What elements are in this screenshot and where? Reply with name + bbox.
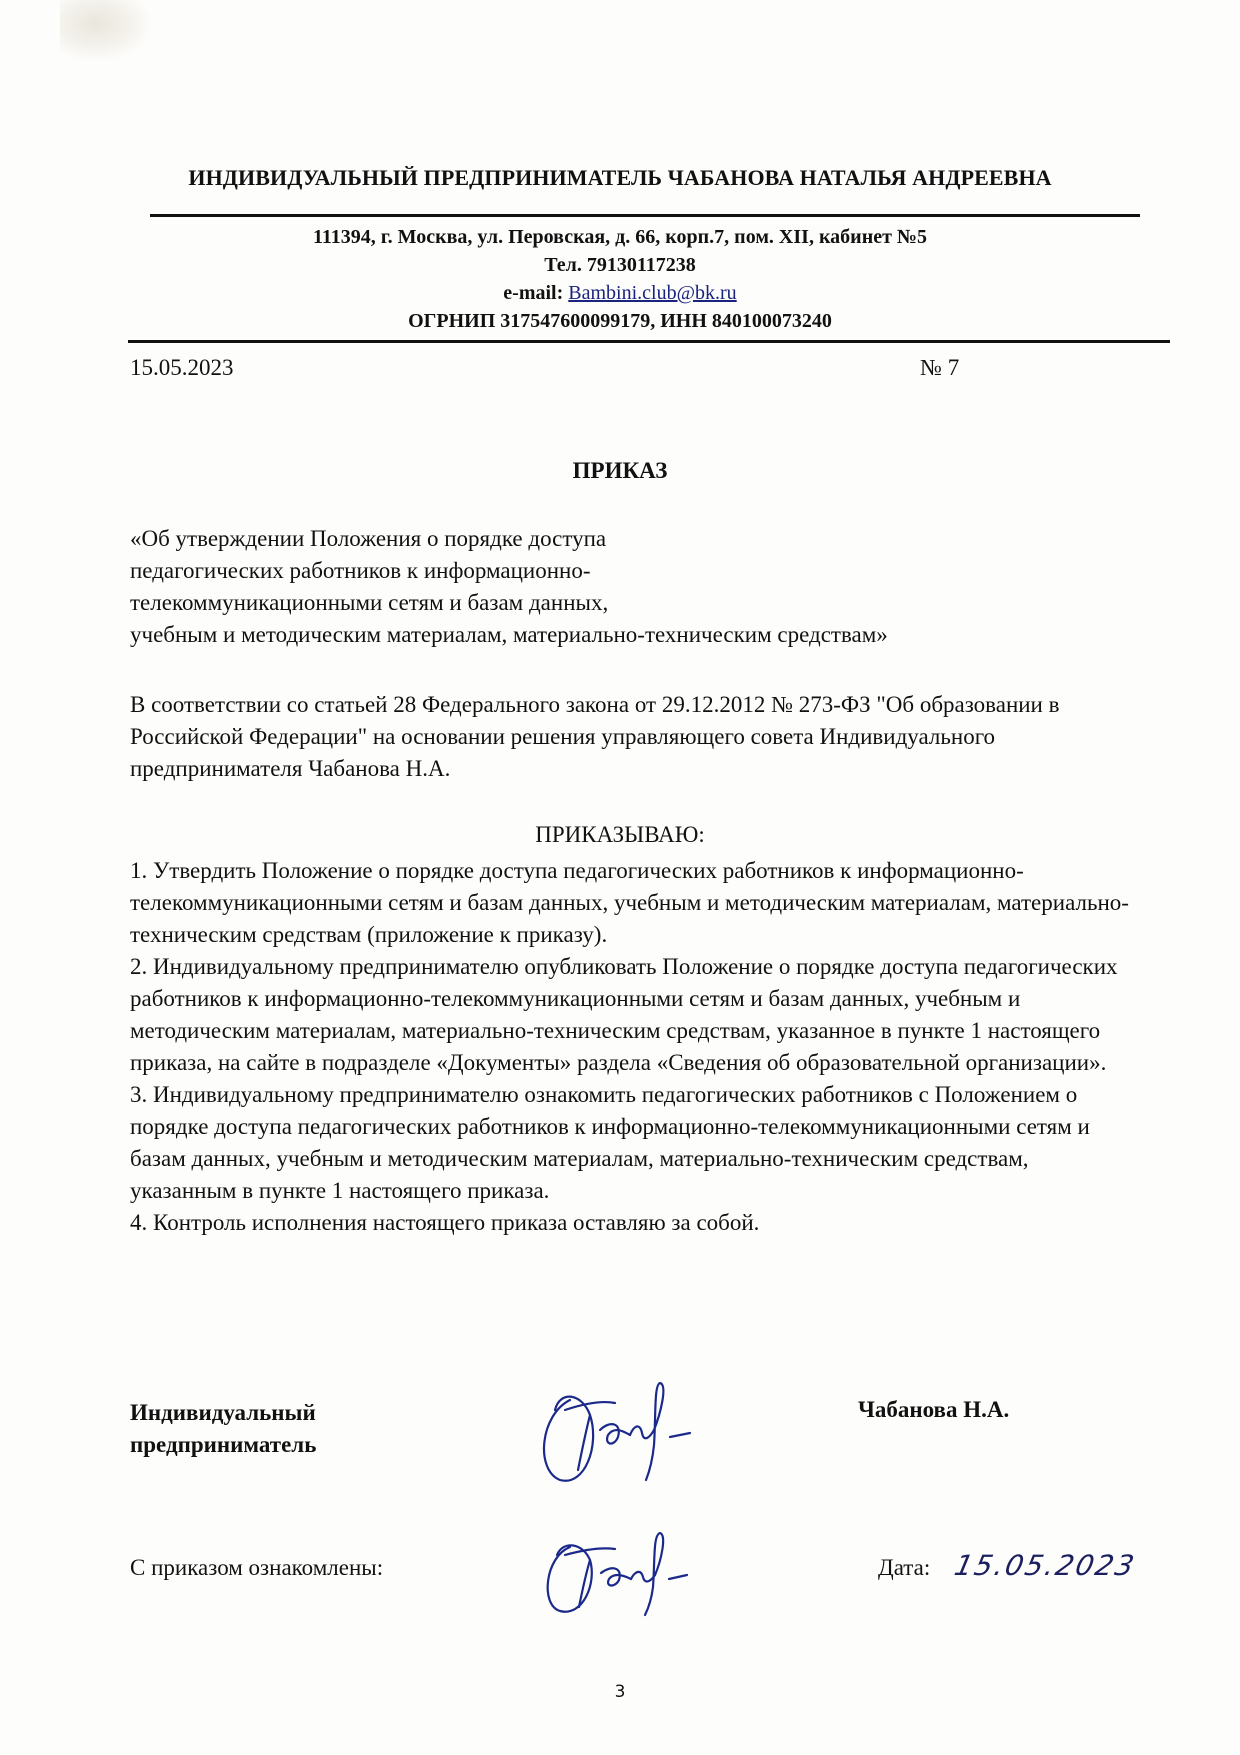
email-link[interactable]: Bambini.club@bk.ru	[568, 282, 736, 304]
subject-line: «Об утверждении Положения о порядке дост…	[130, 523, 888, 555]
document-date: 15.05.2023	[130, 355, 234, 381]
order-item: 1. Утвердить Положение о порядке доступа…	[130, 855, 1140, 951]
organization-address: 111394, г. Москва, ул. Перовская, д. 66,…	[100, 226, 1140, 249]
document-page: ИНДИВИДУАЛЬНЫЙ ПРЕДПРИНИМАТЕЛЬ ЧАБАНОВА …	[0, 0, 1240, 1755]
handwritten-date: 15.05.2023	[951, 1549, 1138, 1582]
subject-line: телекоммуникационными сетям и базам данн…	[130, 587, 888, 619]
organization-registration: ОГРНИП 317547600099179, ИНН 840100073240	[100, 310, 1140, 333]
header-divider-top	[150, 214, 1140, 217]
order-items: 1. Утвердить Положение о порядке доступа…	[130, 855, 1140, 1239]
acknowledgement-signature-icon	[535, 1525, 725, 1615]
organization-email-line: e-mail: Bambini.club@bk.ru	[100, 282, 1140, 305]
signatory-role: Индивидуальный предприниматель	[130, 1397, 316, 1461]
document-number: № 7	[920, 355, 959, 381]
subject-line: педагогических работников к информационн…	[130, 555, 888, 587]
document-subject: «Об утверждении Положения о порядке дост…	[130, 523, 888, 651]
organization-phone: Тел. 79130117238	[100, 254, 1140, 277]
date-label: Дата:	[878, 1555, 930, 1581]
order-item: 2. Индивидуальному предпринимателю опубл…	[130, 951, 1140, 1079]
handwritten-signature-icon	[530, 1375, 730, 1485]
organization-title: ИНДИВИДУАЛЬНЫЙ ПРЕДПРИНИМАТЕЛЬ ЧАБАНОВА …	[100, 165, 1140, 191]
document-type-heading: ПРИКАЗ	[100, 458, 1140, 484]
paper-stain	[60, 0, 150, 60]
page-number: 3	[100, 1682, 1140, 1702]
order-item: 4. Контроль исполнения настоящего приказ…	[130, 1207, 1140, 1239]
subject-line: учебным и методическим материалам, матер…	[130, 619, 888, 651]
order-item: 3. Индивидуальному предпринимателю ознак…	[130, 1079, 1140, 1207]
header-divider-bottom	[128, 340, 1170, 343]
preamble-text: В соответствии со статьей 28 Федеральног…	[130, 689, 1130, 785]
acknowledgement-label: С приказом ознакомлены:	[130, 1555, 383, 1581]
signatory-name: Чабанова Н.А.	[858, 1397, 1009, 1423]
signatory-role-line: предприниматель	[130, 1429, 316, 1461]
signatory-role-line: Индивидуальный	[130, 1397, 316, 1429]
order-heading: ПРИКАЗЫВАЮ:	[100, 822, 1140, 848]
email-label: e-mail:	[503, 282, 563, 304]
